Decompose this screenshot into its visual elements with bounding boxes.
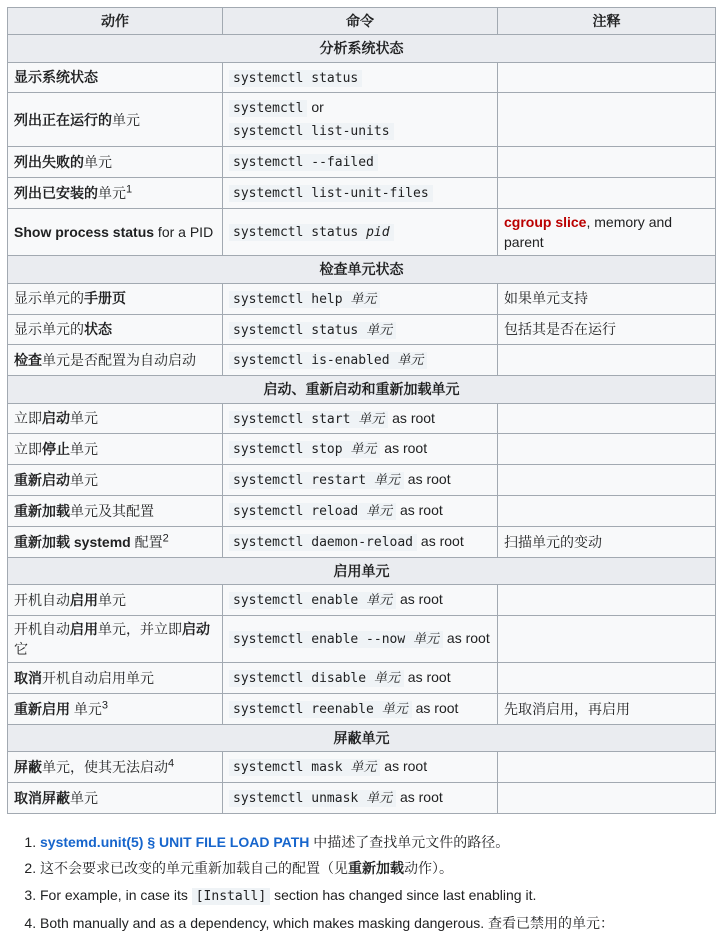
command-text: systemctl list-units (233, 124, 390, 139)
text: 如果单元支持 (504, 290, 588, 306)
footnote-item: 这不会要求已改变的单元重新加载自己的配置（见重新加载动作）。 (40, 858, 714, 878)
action-cell: 立即停止单元 (8, 434, 223, 465)
command-line: systemctl list-unit-files (229, 182, 491, 204)
code-snippet: systemctl enable --now 单元 (229, 631, 443, 648)
table-row: 立即停止单元systemctl stop 单元 as root (8, 434, 716, 465)
command-line: systemctl daemon-reload as root (229, 531, 491, 553)
command-cell: systemctl list-unit-files (223, 177, 498, 208)
text: 屏蔽 (14, 759, 42, 775)
command-line: systemctl or (229, 97, 491, 119)
text: 状态 (84, 321, 112, 337)
text: 启用 (70, 592, 98, 608)
text: 单元 (98, 185, 126, 201)
command-text: systemctl daemon-reload (233, 535, 413, 550)
command-line: systemctl status pid (229, 221, 491, 243)
text: 单元，使其无法启动 (42, 759, 168, 775)
text: 取消屏蔽 (14, 790, 70, 806)
code-snippet: systemctl (229, 100, 307, 117)
command-line: systemctl --failed (229, 151, 491, 173)
command-parameter: 单元 (366, 791, 392, 806)
command-text: systemctl stop (233, 442, 350, 457)
table-row: 取消屏蔽单元systemctl unmask 单元 as root (8, 783, 716, 814)
text: 启用 (70, 621, 98, 637)
cgroup-slice-link[interactable]: cgroup slice (504, 214, 586, 230)
code-snippet: systemctl stop 单元 (229, 441, 380, 458)
command-parameter: 单元 (350, 292, 376, 307)
command-line: systemctl status (229, 67, 491, 89)
action-cell: 屏蔽单元，使其无法启动4 (8, 752, 223, 783)
command-parameter: pid (366, 225, 389, 240)
section-header-row: 启动、重新启动和重新加载单元 (8, 376, 716, 403)
text: 显示单元的 (14, 290, 84, 306)
footnote-ref: 2 (163, 532, 169, 544)
command-line: systemctl list-units (229, 120, 491, 142)
section-header-row: 屏蔽单元 (8, 725, 716, 752)
code-snippet: systemctl start 单元 (229, 411, 388, 428)
note-cell (498, 177, 716, 208)
footnote-ref: 3 (102, 699, 108, 711)
table-row: 取消开机自动启用单元systemctl disable 单元 as root (8, 663, 716, 694)
note-cell (498, 585, 716, 616)
action-cell: Show process status for a PID (8, 208, 223, 256)
code-snippet: systemctl list-units (229, 123, 394, 140)
text: as root (417, 533, 464, 549)
text: as root (443, 630, 490, 646)
note-cell (498, 496, 716, 527)
action-cell: 显示系统状态 (8, 62, 223, 93)
text: 显示单元的 (14, 321, 84, 337)
footnote-ref: 4 (168, 758, 174, 770)
command-cell: systemctl mask 单元 as root (223, 752, 498, 783)
text: 开机自动 (14, 621, 70, 637)
column-header-3: 注释 (498, 8, 716, 35)
code-snippet: systemctl disable 单元 (229, 670, 404, 687)
command-text: systemctl reenable (233, 702, 382, 717)
text: as root (380, 758, 427, 774)
text: 中描述了查找单元文件的路径。 (309, 834, 509, 850)
text: 单元 (84, 154, 112, 170)
section-header-row: 分析系统状态 (8, 35, 716, 62)
text: 开机自动启用单元 (42, 670, 154, 686)
text: 单元，并立即 (98, 621, 182, 637)
command-cell: systemctl status 单元 (223, 314, 498, 345)
header-row: 动作命令注释 (8, 8, 716, 35)
command-cell: systemctl reload 单元 as root (223, 496, 498, 527)
command-cell: systemctl stop 单元 as root (223, 434, 498, 465)
command-line: systemctl help 单元 (229, 288, 491, 310)
text: section has changed since last enabling … (270, 887, 536, 903)
column-header-2: 命令 (223, 8, 498, 35)
systemctl-commands-table: 动作命令注释 分析系统状态显示系统状态systemctl status列出正在运… (7, 7, 716, 814)
command-line: systemctl enable --now 单元 as root (229, 628, 491, 650)
footnote-item: Both manually and as a dependency, which… (40, 913, 714, 933)
command-cell: systemctl enable 单元 as root (223, 585, 498, 616)
note-cell (498, 93, 716, 147)
text: For example, in case its (40, 887, 192, 903)
command-text: [Install] (196, 889, 266, 904)
table-row: 列出已安装的单元1systemctl list-unit-files (8, 177, 716, 208)
text: 停止 (42, 441, 70, 457)
column-header-1: 动作 (8, 8, 223, 35)
text: Both manually and as a dependency, which… (40, 915, 614, 931)
command-line: systemctl restart 单元 as root (229, 469, 491, 491)
command-cell: systemctl start 单元 as root (223, 403, 498, 434)
command-text: systemctl is-enabled (233, 353, 397, 368)
note-cell (498, 615, 716, 663)
command-text: systemctl unmask (233, 791, 366, 806)
table-row: 重新启用 单元3systemctl reenable 单元 as root先取消… (8, 694, 716, 725)
table-row: 检查单元是否配置为自动启动systemctl is-enabled 单元 (8, 345, 716, 376)
text: 单元 (70, 410, 98, 426)
text: as root (380, 440, 427, 456)
action-cell: 取消开机自动启用单元 (8, 663, 223, 694)
command-parameter: 单元 (397, 353, 423, 368)
command-text: systemctl mask (233, 760, 350, 775)
text: 单元 (112, 112, 140, 128)
table-row: 重新启动单元systemctl restart 单元 as root (8, 465, 716, 496)
text: as root (396, 591, 443, 607)
command-text: systemctl enable (233, 593, 366, 608)
table-row: 重新加载单元及其配置systemctl reload 单元 as root (8, 496, 716, 527)
note-cell: 包括其是否在运行 (498, 314, 716, 345)
text: as root (404, 471, 451, 487)
code-snippet: systemctl is-enabled 单元 (229, 352, 427, 369)
text: 显示系统状态 (14, 69, 98, 85)
action-cell: 重新加载 systemd 配置2 (8, 526, 223, 557)
action-cell: 取消屏蔽单元 (8, 783, 223, 814)
text: 开机自动 (14, 592, 70, 608)
text: 单元 (70, 472, 98, 488)
text: 列出已安装的 (14, 185, 98, 201)
note-cell (498, 465, 716, 496)
command-text: systemctl status (233, 323, 366, 338)
footnote-ref: 1 (126, 183, 132, 195)
note-cell: 如果单元支持 (498, 283, 716, 314)
command-text: systemctl status (233, 71, 358, 86)
table-row: 列出失败的单元systemctl --failed (8, 147, 716, 178)
text: as root (388, 410, 435, 426)
text: 配置 (135, 534, 163, 550)
command-cell: systemctl --failed (223, 147, 498, 178)
text: 重新启动 (14, 472, 70, 488)
text: 列出失败的 (14, 154, 84, 170)
text: 立即 (14, 410, 42, 426)
command-line: systemctl reenable 单元 as root (229, 698, 491, 720)
code-snippet: systemctl reload 单元 (229, 503, 396, 520)
section-header-row: 启用单元 (8, 557, 716, 584)
code-snippet: systemctl status 单元 (229, 322, 396, 339)
code-snippet: systemctl enable 单元 (229, 592, 396, 609)
section-title: 检查单元状态 (8, 256, 716, 283)
command-parameter: 单元 (350, 442, 376, 457)
text: as root (404, 669, 451, 685)
action-cell: 列出已安装的单元1 (8, 177, 223, 208)
text: 这不会要求已改变的单元重新加载自己的配置（见 (40, 860, 348, 876)
note-cell: cgroup slice, memory and parent (498, 208, 716, 256)
command-parameter: 单元 (350, 760, 376, 775)
table-row: 显示系统状态systemctl status (8, 62, 716, 93)
action-cell: 立即启动单元 (8, 403, 223, 434)
action-cell: 检查单元是否配置为自动启动 (8, 345, 223, 376)
text: as root (396, 502, 443, 518)
text: 启动 (42, 410, 70, 426)
table-row: Show process status for a PIDsystemctl s… (8, 208, 716, 256)
table-row: 屏蔽单元，使其无法启动4systemctl mask 单元 as root (8, 752, 716, 783)
command-cell: systemctl orsystemctl list-units (223, 93, 498, 147)
section-header-row: 检查单元状态 (8, 256, 716, 283)
systemd-unit-link[interactable]: systemd.unit(5) § UNIT FILE LOAD PATH (40, 834, 309, 850)
code-snippet: systemctl list-unit-files (229, 185, 433, 202)
command-text: systemctl list-unit-files (233, 186, 429, 201)
command-cell: systemctl is-enabled 单元 (223, 345, 498, 376)
footnotes-list: systemd.unit(5) § UNIT FILE LOAD PATH 中描… (7, 832, 714, 933)
command-cell: systemctl help 单元 (223, 283, 498, 314)
text: 单元 (98, 592, 126, 608)
command-text: systemctl --failed (233, 155, 374, 170)
text: 单元是否配置为自动启动 (42, 352, 196, 368)
text: 检查 (14, 352, 42, 368)
text: for a PID (154, 224, 213, 240)
text: as root (396, 789, 443, 805)
action-cell: 重新加载单元及其配置 (8, 496, 223, 527)
code-snippet: systemctl status pid (229, 224, 394, 241)
command-line: systemctl start 单元 as root (229, 408, 491, 430)
code-snippet: systemctl mask 单元 (229, 759, 380, 776)
text: 它 (14, 641, 28, 657)
text: 扫描单元的变动 (504, 534, 602, 550)
code-snippet: systemctl restart 单元 (229, 472, 404, 489)
command-parameter: 单元 (382, 702, 408, 717)
text: 单元 (70, 701, 102, 717)
command-line: systemctl is-enabled 单元 (229, 349, 491, 371)
command-parameter: 单元 (366, 323, 392, 338)
command-line: systemctl status 单元 (229, 319, 491, 341)
code-snippet: [Install] (192, 888, 270, 905)
text: 重新加载 (14, 503, 70, 519)
text: 重新启用 (14, 701, 70, 717)
text: 启动 (182, 621, 210, 637)
action-cell: 开机自动启用单元，并立即启动它 (8, 615, 223, 663)
command-line: systemctl reload 单元 as root (229, 500, 491, 522)
footnote-item: For example, in case its [Install] secti… (40, 885, 714, 907)
command-text: systemctl (233, 101, 303, 116)
command-text: systemctl reload (233, 504, 366, 519)
section-title: 启用单元 (8, 557, 716, 584)
table-body: 分析系统状态显示系统状态systemctl status列出正在运行的单元sys… (8, 35, 716, 814)
command-cell: systemctl status (223, 62, 498, 93)
text: 手册页 (84, 290, 126, 306)
footnote-item: systemd.unit(5) § UNIT FILE LOAD PATH 中描… (40, 832, 714, 852)
command-text: systemctl disable (233, 671, 374, 686)
command-parameter: 单元 (366, 504, 392, 519)
note-cell (498, 783, 716, 814)
text: 重新加载 (348, 860, 404, 876)
action-cell: 显示单元的手册页 (8, 283, 223, 314)
note-cell (498, 434, 716, 465)
command-text: systemctl start (233, 412, 358, 427)
command-parameter: 单元 (374, 473, 400, 488)
code-snippet: systemctl daemon-reload (229, 534, 417, 551)
table-row: 重新加载 systemd 配置2systemctl daemon-reload … (8, 526, 716, 557)
command-parameter: 单元 (413, 632, 439, 647)
text: 先取消启用，再启用 (504, 701, 630, 717)
command-line: systemctl enable 单元 as root (229, 589, 491, 611)
code-snippet: systemctl status (229, 70, 362, 87)
note-cell (498, 62, 716, 93)
action-cell: 列出正在运行的单元 (8, 93, 223, 147)
note-cell (498, 752, 716, 783)
command-cell: systemctl daemon-reload as root (223, 526, 498, 557)
action-cell: 重新启动单元 (8, 465, 223, 496)
command-text: systemctl restart (233, 473, 374, 488)
table-row: 开机自动启用单元，并立即启动它systemctl enable --now 单元… (8, 615, 716, 663)
command-cell: systemctl enable --now 单元 as root (223, 615, 498, 663)
text: 单元及其配置 (70, 503, 154, 519)
section-title: 屏蔽单元 (8, 725, 716, 752)
section-title: 启动、重新启动和重新加载单元 (8, 376, 716, 403)
table-row: 立即启动单元systemctl start 单元 as root (8, 403, 716, 434)
command-line: systemctl mask 单元 as root (229, 756, 491, 778)
table-row: 显示单元的手册页systemctl help 单元如果单元支持 (8, 283, 716, 314)
section-title: 分析系统状态 (8, 35, 716, 62)
code-snippet: systemctl help 单元 (229, 291, 380, 308)
note-cell (498, 403, 716, 434)
text: as root (412, 700, 459, 716)
table-row: 开机自动启用单元systemctl enable 单元 as root (8, 585, 716, 616)
text: 单元 (70, 441, 98, 457)
note-cell (498, 663, 716, 694)
wiki-content: 动作命令注释 分析系统状态显示系统状态systemctl status列出正在运… (7, 7, 714, 933)
code-snippet: systemctl unmask 单元 (229, 790, 396, 807)
text: 列出正在运行的 (14, 112, 112, 128)
command-cell: systemctl disable 单元 as root (223, 663, 498, 694)
command-cell: systemctl reenable 单元 as root (223, 694, 498, 725)
command-line: systemctl stop 单元 as root (229, 438, 491, 460)
command-text: systemctl enable --now (233, 632, 413, 647)
note-cell: 扫描单元的变动 (498, 526, 716, 557)
action-cell: 显示单元的状态 (8, 314, 223, 345)
command-text: systemctl status (233, 225, 366, 240)
command-line: systemctl disable 单元 as root (229, 667, 491, 689)
text: 动作）。 (404, 860, 453, 876)
command-cell: systemctl status pid (223, 208, 498, 256)
text: 取消 (14, 670, 42, 686)
command-line: systemctl unmask 单元 as root (229, 787, 491, 809)
text: Show process status (14, 224, 154, 240)
command-parameter: 单元 (374, 671, 400, 686)
command-parameter: 单元 (366, 593, 392, 608)
note-cell: 先取消启用，再启用 (498, 694, 716, 725)
text: 包括其是否在运行 (504, 321, 616, 337)
note-cell (498, 147, 716, 178)
code-snippet: systemctl reenable 单元 (229, 701, 412, 718)
command-cell: systemctl unmask 单元 as root (223, 783, 498, 814)
action-cell: 列出失败的单元 (8, 147, 223, 178)
command-text: systemctl help (233, 292, 350, 307)
command-cell: systemctl restart 单元 as root (223, 465, 498, 496)
text: 单元 (70, 790, 98, 806)
command-parameter: 单元 (358, 412, 384, 427)
text: 重新加载 systemd (14, 534, 135, 550)
text: or (307, 99, 323, 115)
table-row: 显示单元的状态systemctl status 单元包括其是否在运行 (8, 314, 716, 345)
text: 立即 (14, 441, 42, 457)
action-cell: 重新启用 单元3 (8, 694, 223, 725)
code-snippet: systemctl --failed (229, 154, 378, 171)
note-cell (498, 345, 716, 376)
table-row: 列出正在运行的单元systemctl orsystemctl list-unit… (8, 93, 716, 147)
action-cell: 开机自动启用单元 (8, 585, 223, 616)
